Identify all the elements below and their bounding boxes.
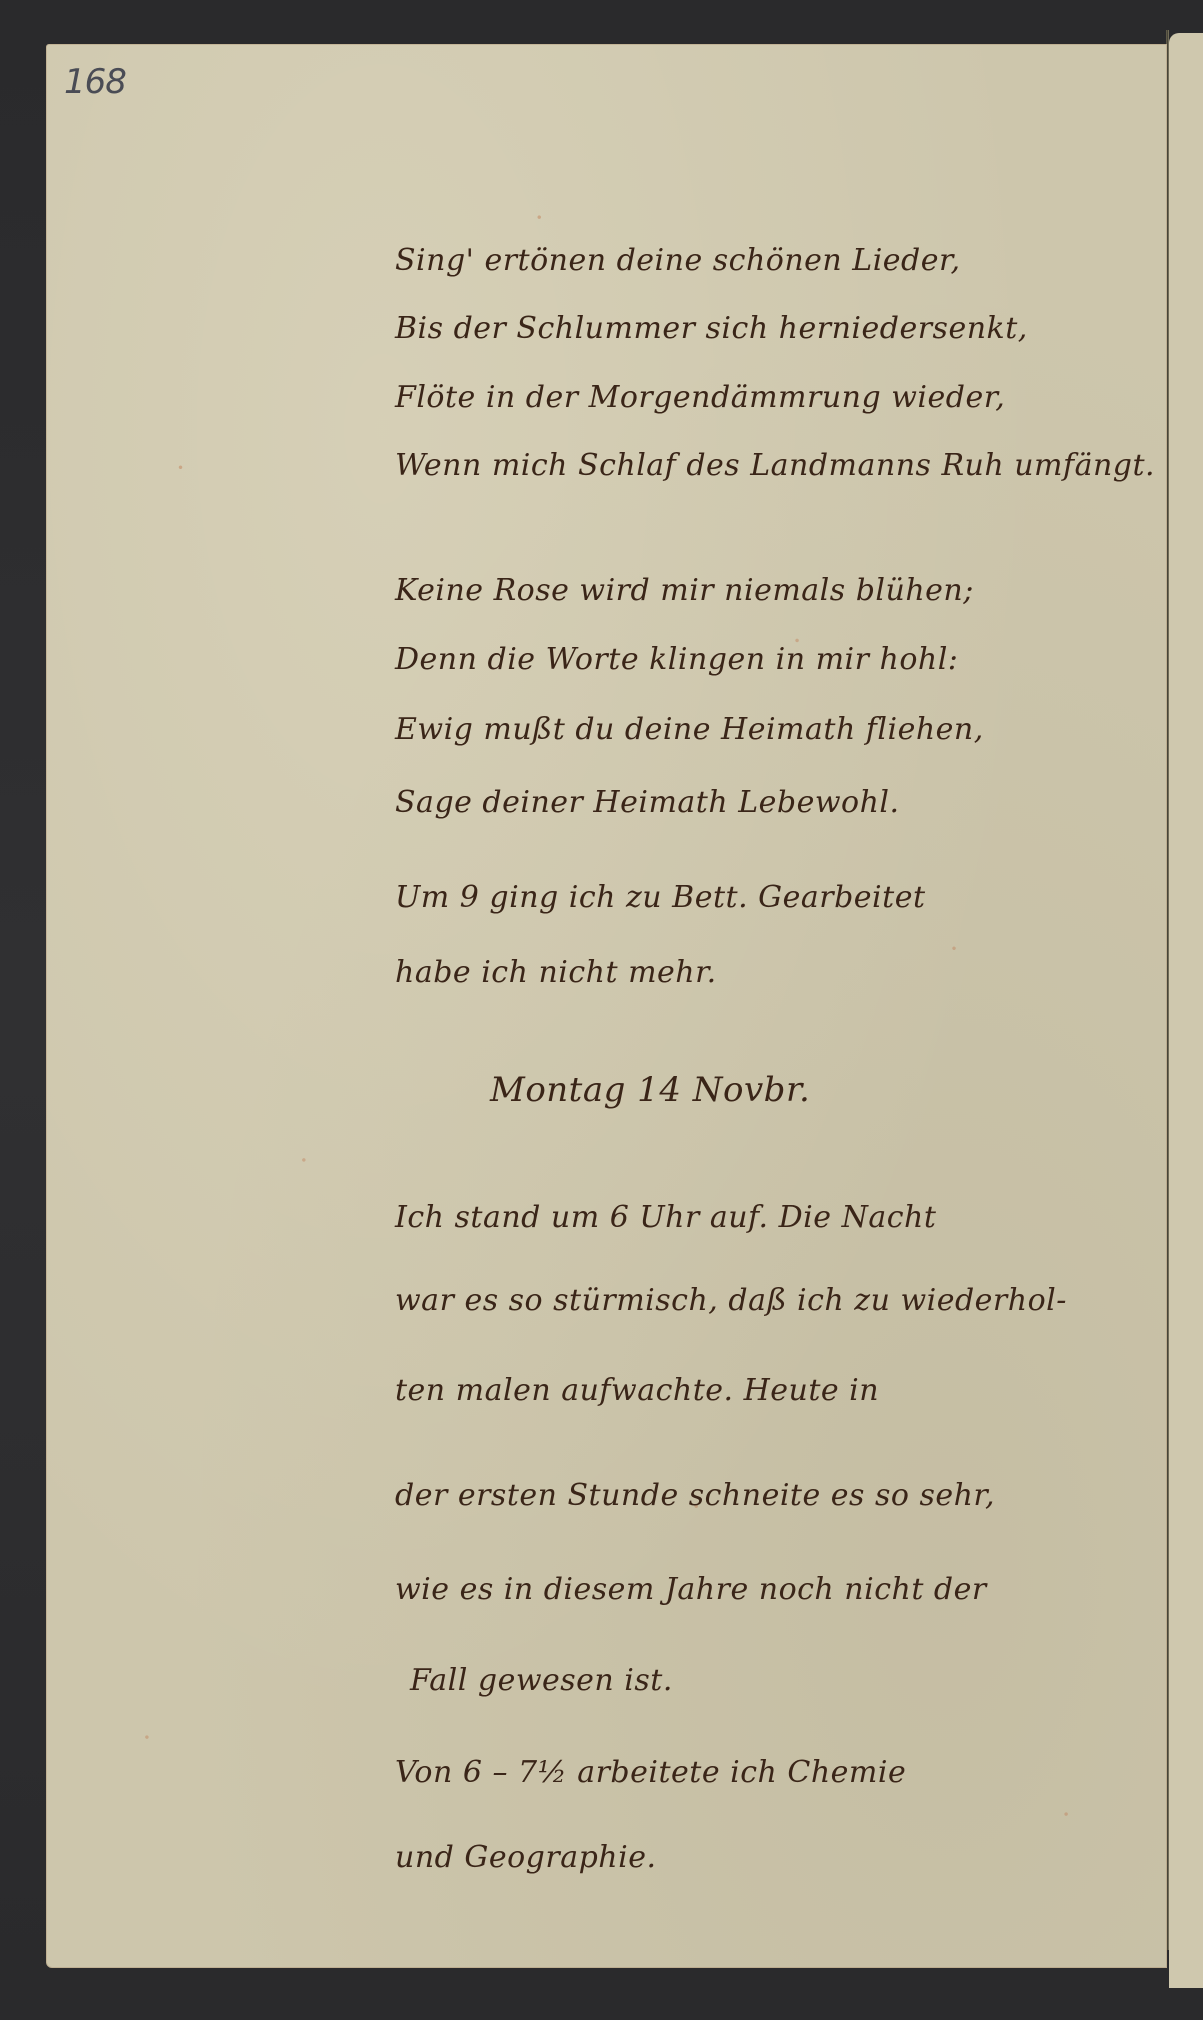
entry-line: ten malen aufwachte. Heute in: [395, 1373, 879, 1408]
entry-line: habe ich nicht mehr.: [395, 955, 717, 990]
folio-number: 168: [64, 62, 126, 102]
entry-line: war es so stürmisch, daß ich zu wiederho…: [395, 1283, 1067, 1318]
entry-line: wie es in diesem Jahre noch nicht der: [395, 1572, 987, 1607]
facing-page-edge: [1169, 33, 1203, 1988]
date-heading: Montag 14 Novbr.: [490, 1070, 810, 1110]
poem-line: Keine Rose wird mir niemals blühen;: [395, 573, 974, 608]
entry-line: Um 9 ging ich zu Bett. Gearbeitet: [395, 880, 926, 915]
entry-line: Von 6 – 7½ arbeitete ich Chemie: [395, 1755, 906, 1790]
poem-line: Sage deiner Heimath Lebewohl.: [395, 785, 900, 820]
poem-line: Flöte in der Morgendämmrung wieder,: [395, 380, 1005, 415]
entry-line: und Geographie.: [395, 1840, 657, 1875]
poem-line: Denn die Worte klingen in mir hohl:: [395, 642, 958, 677]
entry-line: Ich stand um 6 Uhr auf. Die Nacht: [395, 1200, 936, 1235]
poem-line: Sing' ertönen deine schönen Lieder,: [395, 243, 961, 278]
poem-line: Ewig mußt du deine Heimath fliehen,: [395, 712, 984, 747]
poem-line: Wenn mich Schlaf des Landmanns Ruh umfän…: [395, 448, 1155, 483]
entry-line: Fall gewesen ist.: [410, 1663, 673, 1698]
poem-line: Bis der Schlummer sich herniedersenkt,: [395, 311, 1028, 346]
entry-line: der ersten Stunde schneite es so sehr,: [395, 1478, 995, 1513]
